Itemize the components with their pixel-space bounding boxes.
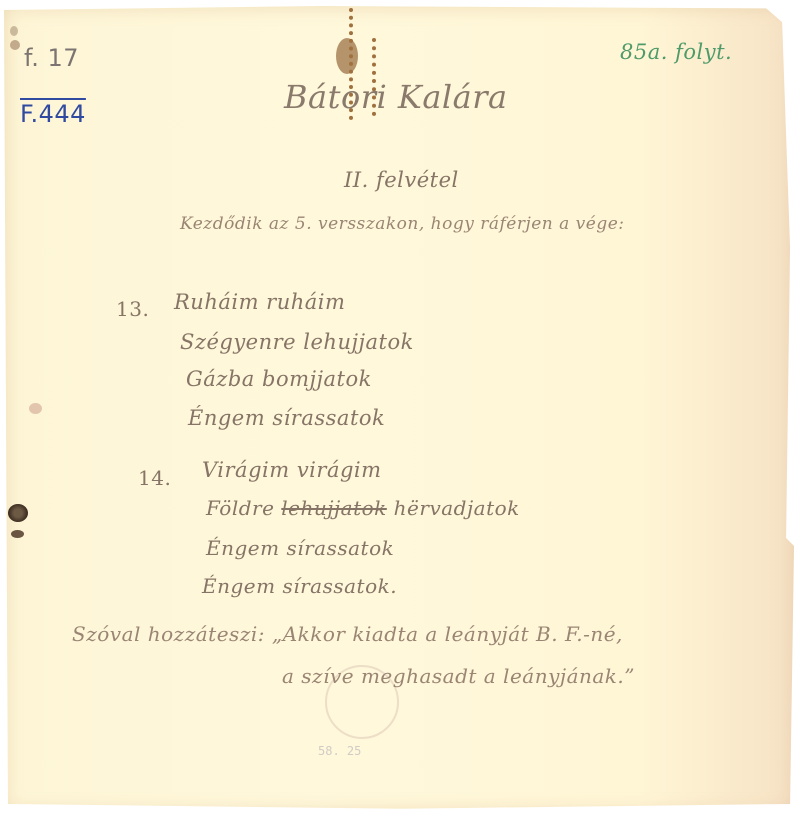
recording-label: II. felvétel xyxy=(344,168,459,192)
stanza-13-line-1: Ruháim ruháim xyxy=(174,290,345,314)
stanza-13-line-3: Gázba bomjjatok xyxy=(186,367,372,391)
struck-out-word: lehujjatok xyxy=(281,496,387,520)
spoken-note-line-2: a szíve meghasadt a leányjának.” xyxy=(282,664,635,688)
punch-hole-stain xyxy=(10,40,20,50)
continuation-note: 85a. folyt. xyxy=(620,40,732,64)
stanza-13-number: 13. xyxy=(116,297,149,321)
rust-spot-stain xyxy=(11,530,24,538)
rust-spot-stain xyxy=(8,504,28,522)
stanza-14-line-2-start: Földre xyxy=(206,496,274,520)
catalog-number: F.444 xyxy=(20,100,86,128)
instruction-line: Kezdődik az 5. versszakon, hogy ráférjen… xyxy=(180,214,625,234)
stanza-14-line-4: Éngem sírassatok. xyxy=(202,574,397,598)
stanza-14-line-1: Virágim virágim xyxy=(202,458,382,482)
stanza-14-line-2: Földre lehujjatok hërvadjatok xyxy=(206,496,520,520)
folio-number: f. 17 xyxy=(24,44,79,72)
faint-stamp-number: 58. 25 xyxy=(318,744,361,758)
stanza-13-line-2: Szégyenre lehujjatok xyxy=(180,330,414,354)
punch-hole-stain xyxy=(10,26,18,36)
stanza-14-number: 14. xyxy=(138,466,171,490)
spoken-note-line-1: Szóval hozzáteszi: „Akkor kiadta a leány… xyxy=(72,622,623,646)
replacement-word: hërvadjatok xyxy=(394,496,520,520)
stanza-14-line-3: Éngem sírassatok xyxy=(206,536,394,560)
song-title: Bátori Kalára xyxy=(284,78,508,116)
stanza-13-line-4: Éngem sírassatok xyxy=(188,406,385,430)
brown-spot-stain xyxy=(29,403,42,414)
manuscript-page xyxy=(4,6,798,812)
